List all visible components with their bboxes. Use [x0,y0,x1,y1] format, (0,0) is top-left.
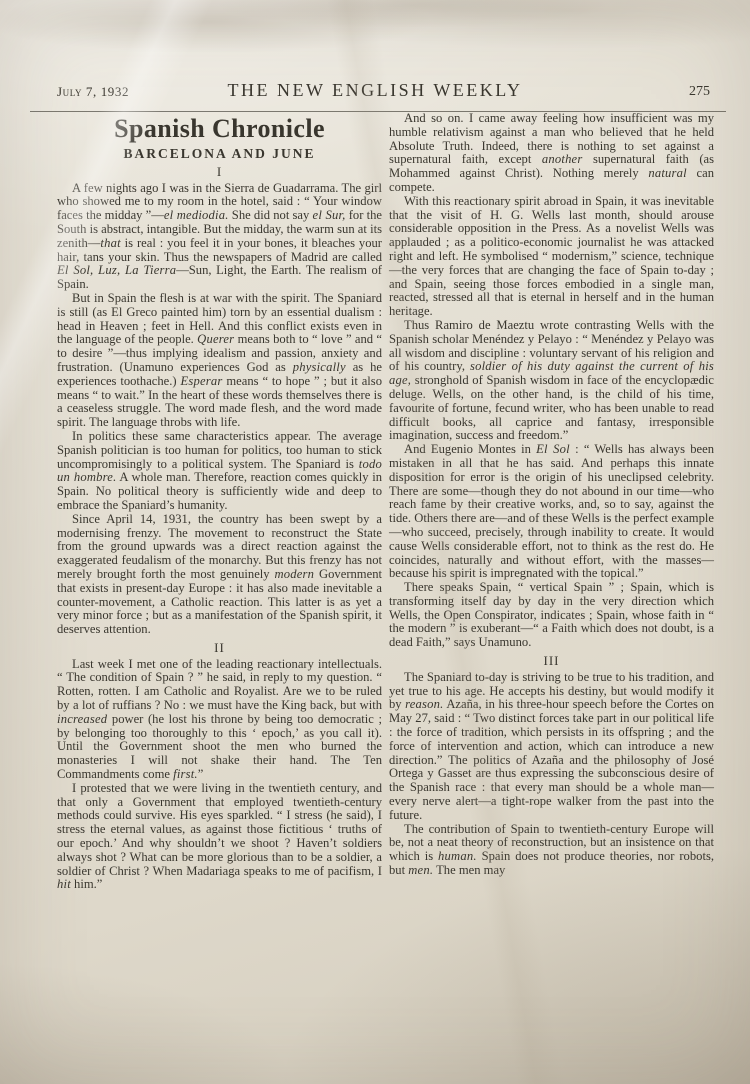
paragraph: Since April 14, 1931, the country has be… [57,513,382,637]
page-number: 275 [689,84,710,100]
magazine-page: July 7, 1932 THE NEW ENGLISH WEEKLY 275 … [0,0,750,1084]
section-heading: I [57,165,382,179]
paragraph: In politics these same characteristics a… [57,430,382,513]
paragraph: With this reactionary spirit abroad in S… [389,195,714,319]
column-right: And so on. I came away feeling how insuf… [389,112,714,878]
section-heading: III [389,654,714,668]
paragraph: The Spaniard to-day is striving to be tr… [389,671,714,823]
paragraph: And so on. I came away feeling how insuf… [389,112,714,195]
paragraph: There speaks Spain, “ vertical Spain ” ;… [389,581,714,650]
paragraph: And Eugenio Montes in El Sol : “ Wells h… [389,443,714,581]
paragraph: But in Spain the flesh is at war with th… [57,292,382,430]
article-title: Spanish Chronicle [57,114,382,143]
paragraph: Last week I met one of the leading react… [57,658,382,782]
column-left: Spanish Chronicle BARCELONA AND JUNE IA … [57,114,382,892]
paragraph: I protested that we were living in the t… [57,782,382,892]
publication-title: THE NEW ENGLISH WEEKLY [0,80,750,101]
article-subtitle: BARCELONA AND JUNE [57,147,382,161]
paragraph: The contribution of Spain to twentieth-c… [389,823,714,878]
paragraph: A few nights ago I was in the Sierra de … [57,182,382,292]
paragraph: Thus Ramiro de Maeztu wrote contrasting … [389,319,714,443]
section-heading: II [57,641,382,655]
